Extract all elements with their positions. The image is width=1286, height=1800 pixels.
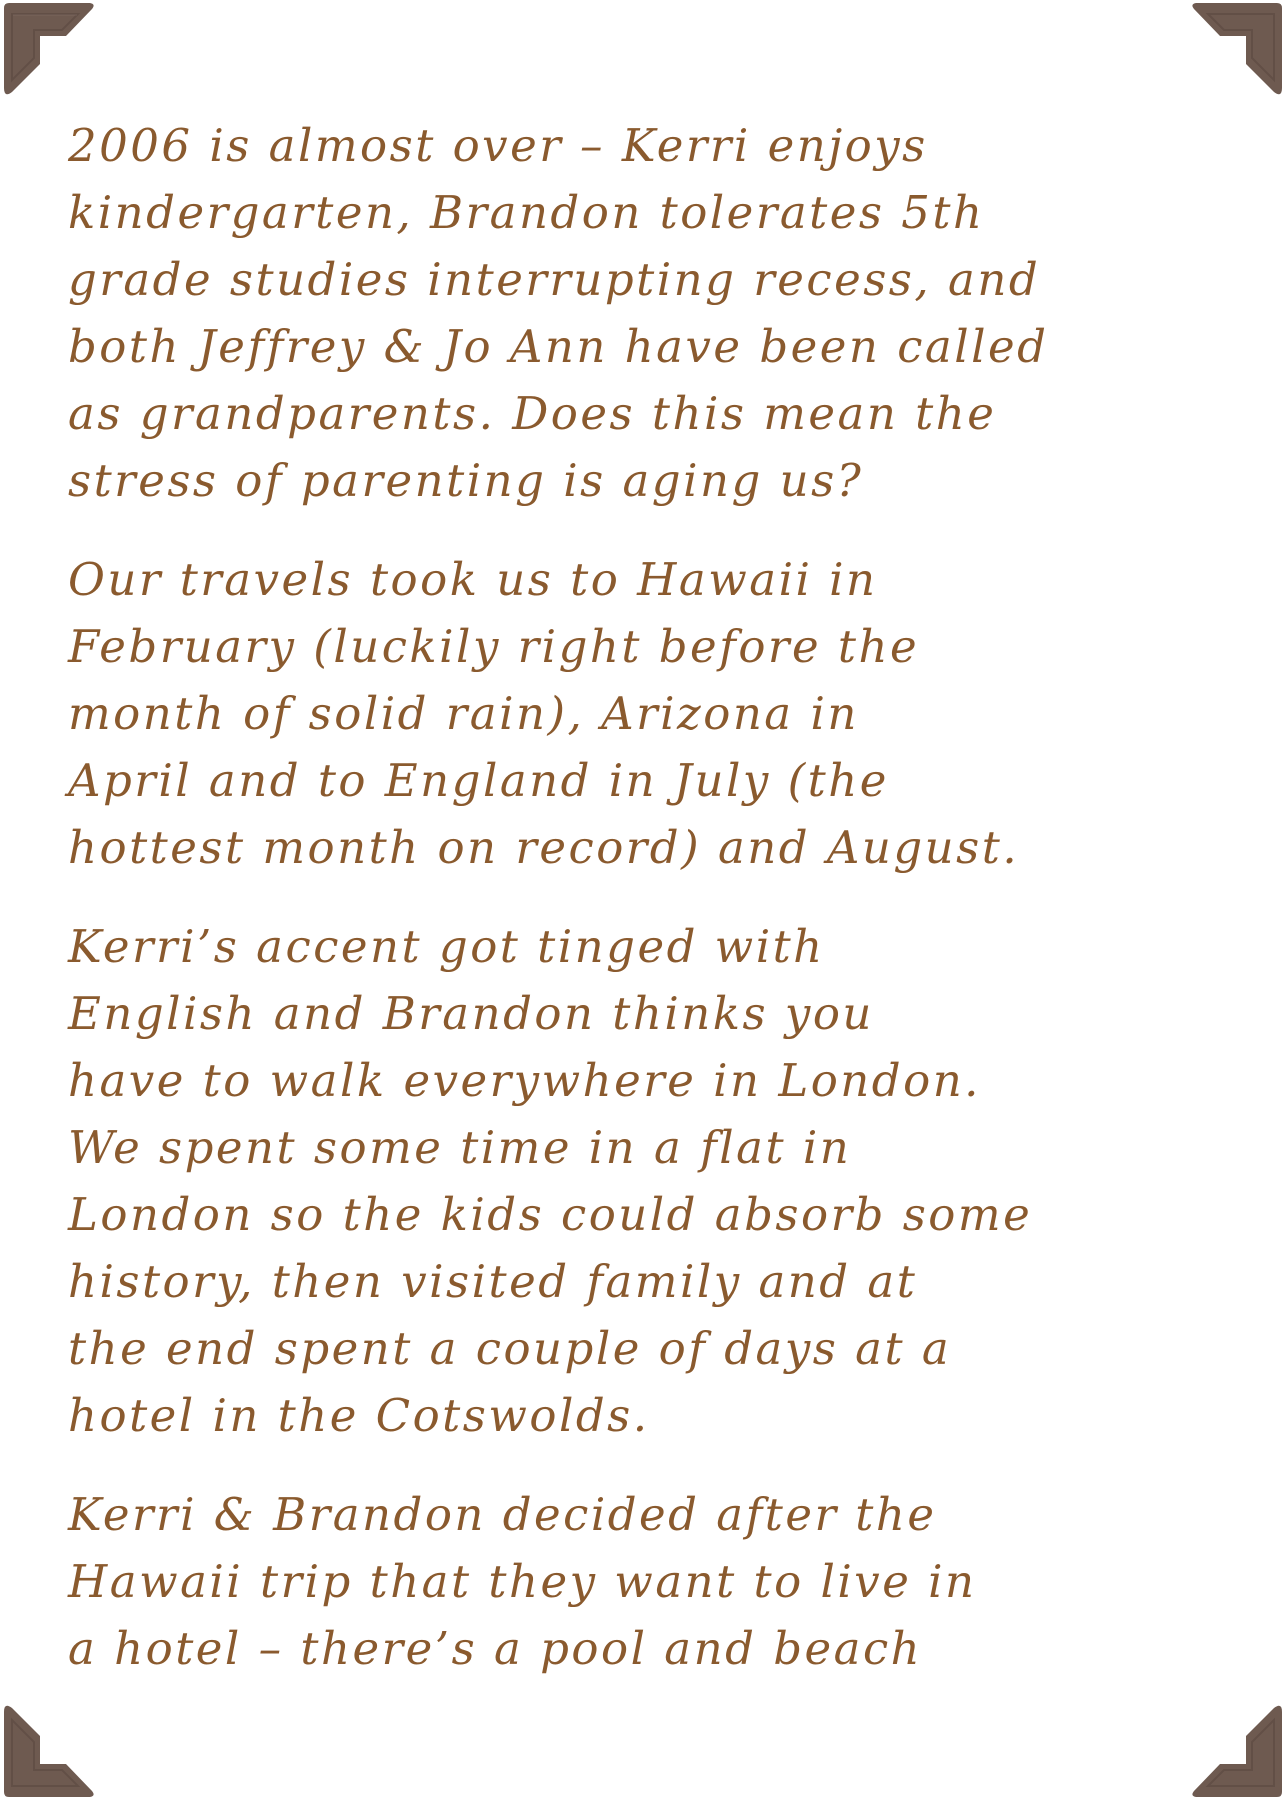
letter-line: English and Brandon thinks you — [68, 980, 1248, 1047]
letter-line: 2006 is almost over – Kerri enjoys — [68, 112, 1248, 179]
letter-line: kindergarten, Brandon tolerates 5th — [68, 179, 1248, 246]
paragraph-travels: Our travels took us to Hawaii in Februar… — [68, 546, 1248, 881]
letter-line: history, then visited family and at — [68, 1248, 1248, 1315]
paragraph-year-summary: 2006 is almost over – Kerri enjoys kinde… — [68, 112, 1248, 514]
letter-line: the end spent a couple of days at a — [68, 1315, 1248, 1382]
letter-line: have to walk everywhere in London. — [68, 1047, 1248, 1114]
letter-line: as grandparents. Does this mean the — [68, 380, 1248, 447]
letter-line: London so the kids could absorb some — [68, 1181, 1248, 1248]
photo-corner-top-left-icon — [0, 0, 98, 98]
letter-line: We spent some time in a flat in — [68, 1114, 1248, 1181]
letter-body: 2006 is almost over – Kerri enjoys kinde… — [68, 112, 1248, 1714]
letter-line: both Jeffrey & Jo Ann have been called — [68, 313, 1248, 380]
letter-line: April and to England in July (the — [68, 747, 1248, 814]
letter-line: a hotel – there’s a pool and beach — [68, 1615, 1248, 1682]
photo-corner-bottom-right-icon — [1188, 1702, 1286, 1800]
letter-line: hotel in the Cotswolds. — [68, 1382, 1248, 1449]
paragraph-hotel: Kerri & Brandon decided after the Hawaii… — [68, 1481, 1248, 1682]
letter-line: stress of parenting is aging us? — [68, 447, 1248, 514]
photo-corner-bottom-left-icon — [0, 1702, 98, 1800]
photo-corner-top-right-icon — [1188, 0, 1286, 98]
letter-line: Our travels took us to Hawaii in — [68, 546, 1248, 613]
letter-page: 2006 is almost over – Kerri enjoys kinde… — [0, 0, 1286, 1800]
letter-line: hottest month on record) and August. — [68, 814, 1248, 881]
letter-line: grade studies interrupting recess, and — [68, 246, 1248, 313]
letter-line: Kerri’s accent got tinged with — [68, 913, 1248, 980]
letter-line: Kerri & Brandon decided after the — [68, 1481, 1248, 1548]
letter-line: February (luckily right before the — [68, 613, 1248, 680]
paragraph-england: Kerri’s accent got tinged with English a… — [68, 913, 1248, 1449]
letter-line: Hawaii trip that they want to live in — [68, 1548, 1248, 1615]
letter-line: month of solid rain), Arizona in — [68, 680, 1248, 747]
